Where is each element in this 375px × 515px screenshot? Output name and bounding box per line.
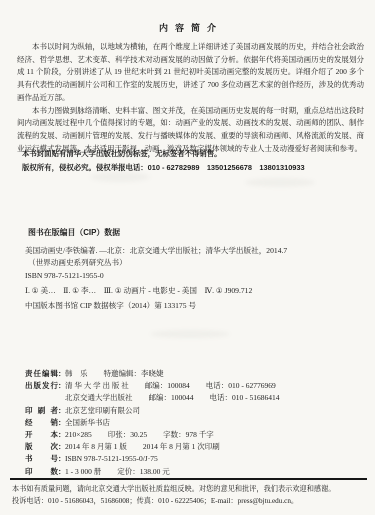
cip-line: （世界动画史系列研究丛书） (25, 257, 367, 269)
colophon-cell: 清 华 大 学 出 版 社 (65, 381, 129, 390)
cip-line: Ⅰ. ① 美… Ⅱ. ① 李… Ⅲ. ① 动画片 - 电影史 - 美国 Ⅳ. ①… (25, 285, 367, 297)
colophon-row: 经销：全国新华书店 (25, 417, 367, 429)
notice-line-1: 本书封面贴有清华大学出版社防伪标签，无标签者不得销售。 (22, 147, 364, 161)
colophon-cell: 北京交通大学出版社 (65, 393, 133, 402)
colophon-row: 印刷者：北京艺堂印刷有限公司 (25, 405, 367, 417)
colophon-cell: 邮编：100044 (149, 393, 194, 402)
footer-line-2: 投诉电话：010 - 51686043，51686008；传真：010 - 62… (12, 496, 367, 508)
cip-header: 图书在版编目（CIP）数据 (28, 227, 120, 238)
colophon-cell: 邮编：100084 (145, 381, 190, 390)
colophon-label: 经销 (25, 417, 58, 429)
colophon-cell: 210×285 (65, 430, 92, 439)
cip-line: 中国版本图书馆 CIP 数据核字（2014）第 133175 号 (25, 300, 367, 312)
colophon-row: 书号：ISBN 978-7-5121-1955-0/J·75 (25, 453, 367, 465)
colophon-label: 书号 (25, 453, 58, 465)
colophon-label: 版次 (25, 441, 58, 453)
footer: 本书如有质量问题，请向北京交通大学出版社质监组反映。对您的意见和批评，我们表示欢… (12, 484, 367, 507)
cip-lines: 美国动画史/李铁编著. —北京：北京交通大学出版社；清华大学出版社，2014.7… (25, 245, 367, 312)
colophon-colon: ： (58, 453, 65, 465)
colophon-cell: 特邀编辑：李晓婕 (104, 369, 164, 378)
colophon-cell: 2014 年 8 月第 1 次印刷 (143, 442, 220, 451)
copyright-page: 内容简介 本书以时间为纵轴，以地域为横轴，在两个维度上详细讲述了美国动画发展的历… (0, 0, 375, 515)
colophon-label: 印刷者 (25, 405, 58, 417)
colophon-cell: 全国新华书店 (65, 418, 110, 427)
copyright-notice: 本书封面贴有清华大学出版社防伪标签，无标签者不得销售。 版权所有，侵权必究。侵权… (22, 147, 364, 174)
colophon-row: 北京交通大学出版社邮编：100044电话：010 - 51686414 (25, 392, 367, 404)
scan-smudge (245, 178, 315, 187)
colophon-cell: 2014 年 8 月第 1 版 (65, 442, 127, 451)
cip-line: 美国动画史/李铁编著. —北京：北京交通大学出版社；清华大学出版社，2014.7 (25, 245, 367, 257)
colophon-colon: ： (58, 466, 65, 478)
colophon-cell: 字数：978 千字 (163, 430, 214, 439)
colophon-label: 开本 (25, 429, 58, 441)
cip-line: ISBN 978-7-5121-1955-0 (25, 270, 367, 282)
colophon-row: 版次：2014 年 8 月第 1 版2014 年 8 月第 1 次印刷 (25, 441, 367, 453)
scan-smudge (150, 330, 230, 338)
colophon-cell: 印张：30.25 (108, 430, 147, 439)
colophon-colon: ： (58, 405, 65, 417)
colophon-label: 出版发行 (25, 380, 58, 392)
colophon-label: 印数 (25, 466, 58, 478)
colophon-row: 开本：210×285印张：30.25字数：978 千字 (25, 429, 367, 441)
colophon-cell: 北京艺堂印刷有限公司 (65, 406, 140, 415)
colophon-colon: ： (58, 441, 65, 453)
colophon-label: 责任编辑 (25, 368, 58, 380)
colophon-cell: 韩 乐 (65, 369, 88, 378)
colophon-colon: ： (58, 429, 65, 441)
intro-title: 内容简介 (0, 21, 375, 34)
colophon-cell: ISBN 978-7-5121-1955-0/J·75 (65, 454, 158, 463)
notice-line-2: 版权所有，侵权必究。侵权举报电话：010 - 62782989 13501256… (22, 161, 364, 175)
colophon-row: 印数：1 - 3 000 册定价：138.00 元 (25, 466, 367, 478)
colophon-colon: ： (58, 368, 65, 380)
colophon-row: 责任编辑：韩 乐特邀编辑：李晓婕 (25, 368, 367, 380)
divider-rule (10, 478, 367, 480)
intro-paragraphs: 本书以时间为纵轴，以地域为横轴，在两个维度上详细讲述了美国动画发展的历史，并结合… (17, 41, 364, 155)
colophon: 责任编辑：韩 乐特邀编辑：李晓婕出版发行：清 华 大 学 出 版 社邮编：100… (25, 368, 367, 478)
colophon-colon: ： (58, 380, 65, 392)
colophon-cell: 电话：010 - 51686414 (210, 393, 280, 402)
colophon-row: 出版发行：清 华 大 学 出 版 社邮编：100084电话：010 - 6277… (25, 380, 367, 392)
colophon-colon: ： (58, 417, 65, 429)
colophon-cell: 电话：010 - 62776969 (206, 381, 276, 390)
colophon-cell: 定价：138.00 元 (117, 467, 170, 476)
footer-line-1: 本书如有质量问题，请向北京交通大学出版社质监组反映。对您的意见和批评，我们表示欢… (12, 484, 367, 496)
colophon-cell: 1 - 3 000 册 (65, 467, 101, 476)
intro-paragraph: 本书以时间为纵轴，以地域为横轴，在两个维度上详细讲述了美国动画发展的历史，并结合… (17, 41, 364, 105)
